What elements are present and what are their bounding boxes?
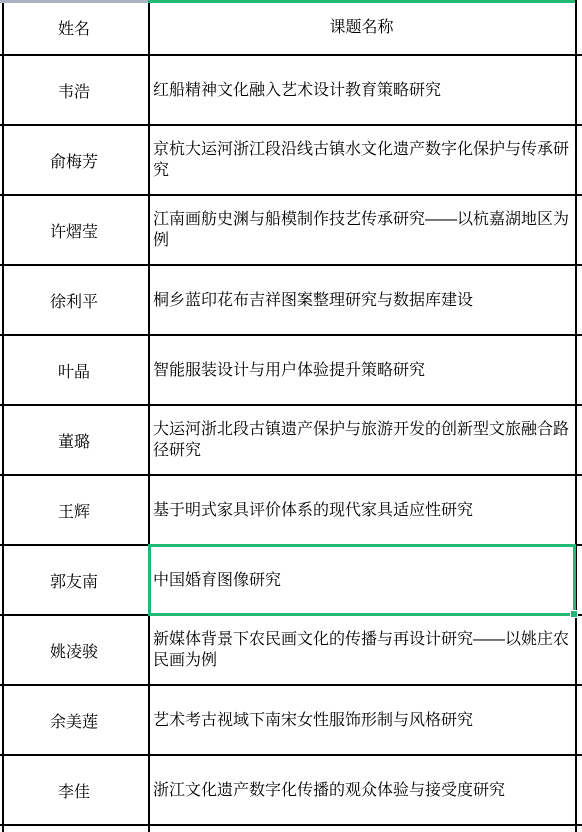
topic-text: 艺术考古视域下南宋女性服饰形制与风格研究 [153,710,573,731]
name-cell[interactable]: 李佳 [0,756,148,824]
table-row: 王辉 基于明式家具评价体系的现代家具适应性研究 [0,476,582,546]
topic-text: 新媒体背景下农民画文化的传播与再设计研究——以姚庄农民画为例 [153,629,573,671]
topic-text: 桐乡蓝印花布吉祥图案整理研究与数据库建设 [153,290,573,311]
table-row: 董璐 大运河浙北段古镇遗产保护与旅游开发的创新型文旅融合路径研究 [0,406,582,476]
name-text: 郭友南 [50,569,98,592]
topic-cell[interactable]: 新媒体背景下农民画文化的传播与再设计研究——以姚庄农民画为例 [148,616,575,684]
name-text: 许熠莹 [50,219,98,242]
table-row-selected: 郭友南 中国婚育图像研究 [0,546,582,616]
table-row: 李佳 浙江文化遗产数字化传播的观众体验与接受度研究 [0,756,582,826]
table-row: 许熠莹 江南画舫史渊与船模制作技艺传承研究——以杭嘉湖地区为例 [0,196,582,266]
name-text: 俞梅芳 [50,149,98,172]
topic-text: 浙江文化遗产数字化传播的观众体验与接受度研究 [153,780,573,801]
table-header-row: 姓名 课题名称 [0,0,582,56]
header-cell-topic[interactable]: 课题名称 [148,0,575,54]
topic-cell[interactable]: 艺术考古视域下南宋女性服饰形制与风格研究 [148,686,575,754]
selection-fill-handle[interactable] [570,610,578,618]
name-cell[interactable]: 俞梅芳 [0,126,148,194]
topic-cell[interactable]: 京杭大运河浙江段沿线古镇水文化遗产数字化保护与传承研究 [148,126,575,194]
topic-cell-selected[interactable]: 中国婚育图像研究 [148,546,575,614]
topic-cell[interactable]: 江南画舫史渊与船模制作技艺传承研究——以杭嘉湖地区为例 [148,196,575,264]
topic-cell[interactable]: 红船精神文化融入艺术设计教育策略研究 [148,56,575,124]
topic-cell[interactable]: 桐乡蓝印花布吉祥图案整理研究与数据库建设 [148,266,575,334]
table-row: 余美莲 艺术考古视域下南宋女性服饰形制与风格研究 [0,686,582,756]
table-row: 姚凌骏 新媒体背景下农民画文化的传播与再设计研究——以姚庄农民画为例 [0,616,582,686]
name-cell[interactable]: 王辉 [0,476,148,544]
topic-text: 江南画舫史渊与船模制作技艺传承研究——以杭嘉湖地区为例 [153,209,573,251]
name-text: 姚凌骏 [50,639,98,662]
name-cell[interactable]: 余美莲 [0,686,148,754]
table-row: 徐利平 桐乡蓝印花布吉祥图案整理研究与数据库建设 [0,266,582,336]
name-cell[interactable]: 许熠莹 [0,196,148,264]
name-text: 徐利平 [50,289,98,312]
header-cell-name[interactable]: 姓名 [0,0,148,54]
topic-text: 基于明式家具评价体系的现代家具适应性研究 [153,500,573,521]
topic-text: 红船精神文化融入艺术设计教育策略研究 [153,80,573,101]
topic-text: 中国婚育图像研究 [153,570,573,591]
topic-cell[interactable]: 浙江文化遗产数字化传播的观众体验与接受度研究 [148,756,575,824]
topic-cell[interactable]: 智能服装设计与用户体验提升策略研究 [148,336,575,404]
name-text: 韦浩 [58,79,90,102]
grid-vline-right [575,0,577,832]
name-text: 李佳 [58,779,90,802]
name-cell[interactable]: 徐利平 [0,266,148,334]
table-row: 韦浩 红船精神文化融入艺术设计教育策略研究 [0,56,582,126]
topic-cell[interactable]: 大运河浙北段古镇遗产保护与旅游开发的创新型文旅融合路径研究 [148,406,575,474]
top-edge-gray-line [0,0,148,3]
name-text: 余美莲 [50,709,98,732]
table-row: 俞梅芳 京杭大运河浙江段沿线古镇水文化遗产数字化保护与传承研究 [0,126,582,196]
header-topic-label: 课题名称 [148,17,575,38]
topic-text: 大运河浙北段古镇遗产保护与旅游开发的创新型文旅融合路径研究 [153,419,573,461]
top-edge-green-line [148,0,575,3]
spreadsheet-view: 姓名 课题名称 韦浩 红船精神文化融入艺术设计教育策略研究 俞梅芳 京杭大运河浙… [0,0,582,832]
name-cell[interactable]: 郭友南 [0,546,148,614]
table-row: 叶晶 智能服装设计与用户体验提升策略研究 [0,336,582,406]
topic-text: 智能服装设计与用户体验提升策略研究 [153,360,573,381]
name-cell[interactable]: 韦浩 [0,56,148,124]
name-cell[interactable]: 董璐 [0,406,148,474]
header-name-label: 姓名 [58,16,90,39]
topic-cell[interactable]: 基于明式家具评价体系的现代家具适应性研究 [148,476,575,544]
name-text: 王辉 [58,499,90,522]
name-text: 叶晶 [58,359,90,382]
name-cell[interactable]: 姚凌骏 [0,616,148,684]
table: 姓名 课题名称 韦浩 红船精神文化融入艺术设计教育策略研究 俞梅芳 京杭大运河浙… [0,0,582,826]
topic-text: 京杭大运河浙江段沿线古镇水文化遗产数字化保护与传承研究 [153,139,573,181]
name-cell[interactable]: 叶晶 [0,336,148,404]
grid-vline-divider [148,0,150,832]
name-text: 董璐 [58,429,90,452]
grid-vline-left [2,0,4,832]
